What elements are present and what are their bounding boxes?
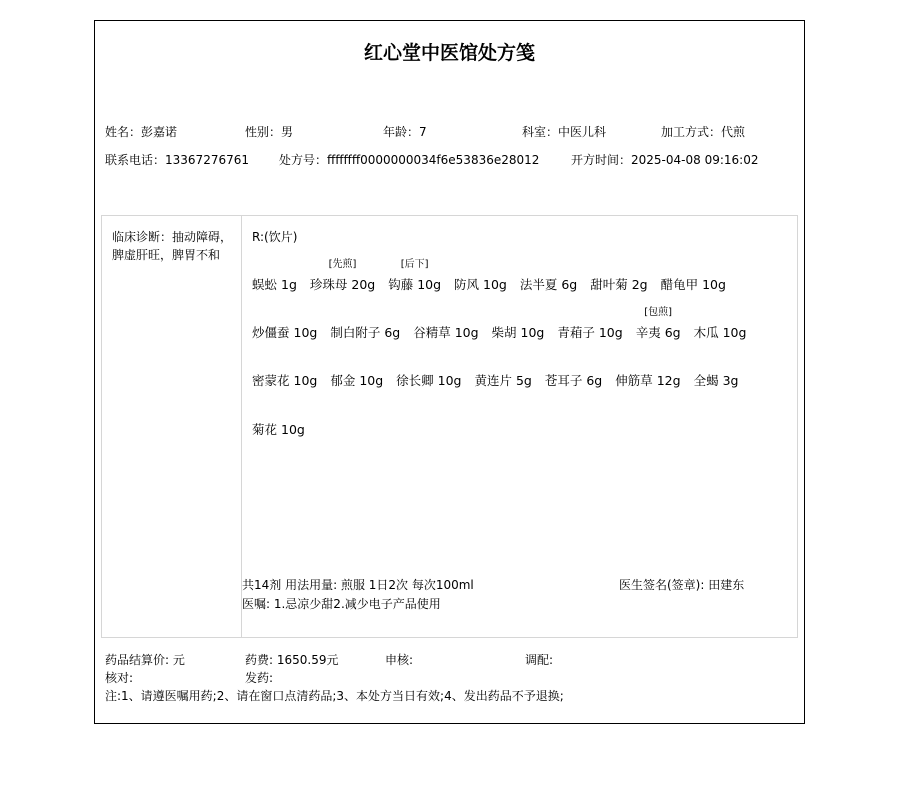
usage-dosage: 共14剂 用法用量: 煎服 1日2次 每次100ml: [242, 576, 474, 593]
issue-drug: 发药:: [245, 669, 273, 686]
herb-dose: 1g: [281, 277, 297, 292]
settle-price: 药品结算价: 元: [105, 651, 185, 668]
page-title: 红心堂中医馆处方笺: [95, 38, 804, 65]
herb-name: 珍珠母: [310, 277, 348, 292]
herb-name: 苍耳子: [545, 373, 583, 388]
patient-dept: 科室：中医儿科: [522, 123, 606, 140]
patient-phone: 联系电话：13367276761: [105, 151, 249, 168]
herb-dose: 10g: [417, 277, 441, 292]
diagnosis: 临床诊断：抽动障碍，脾虚肝旺，脾胃不和: [112, 228, 234, 264]
herb-item: 蜈蚣 1g: [252, 275, 297, 293]
herb-dose: 10g: [294, 325, 318, 340]
herb-item: [先煎]珍珠母 20g: [310, 275, 375, 293]
dept-label: 科室：: [522, 125, 558, 139]
diagnosis-column: 临床诊断：抽动障碍，脾虚肝旺，脾胃不和: [102, 216, 242, 637]
rx-column: R:(饮片) 蜈蚣 1g [先煎]珍珠母 20g [后下]钩藤 10g 防风 1…: [242, 216, 797, 637]
footer-notes: 注:1、请遵医嘱用药;2、请在窗口点清药品;3、本处方当日有效;4、发出药品不予…: [105, 687, 564, 704]
process-method: 加工方式：代煎: [661, 123, 745, 140]
herb-note: [先煎]: [329, 255, 357, 270]
herb-dose: 6g: [665, 325, 681, 340]
herb-name: 辛夷: [636, 325, 661, 340]
herb-name: 密蒙花: [252, 373, 290, 388]
herb-item: 甜叶菊 2g: [590, 275, 647, 293]
herb-line: 密蒙花 10g 郁金 10g 徐长卿 10g 黄连片 5g 苍耳子 6g 伸筋草…: [252, 371, 747, 389]
herb-dose: 10g: [294, 373, 318, 388]
herb-dose: 6g: [561, 277, 577, 292]
patient-age: 年龄：7: [383, 123, 427, 140]
herb-name: 木瓜: [694, 325, 719, 340]
patient-gender: 性别：男: [245, 123, 293, 140]
herb-dose: 5g: [516, 373, 532, 388]
age-value: 7: [419, 125, 427, 139]
herb-item: 郁金 10g: [330, 371, 383, 389]
rx-number-label: 处方号：: [279, 153, 327, 167]
herb-dose: 10g: [702, 277, 726, 292]
herb-item: 木瓜 10g: [694, 323, 747, 341]
herb-name: 青葙子: [557, 325, 595, 340]
herb-item: 青葙子 10g: [557, 323, 622, 341]
herb-item: 菊花 10g: [252, 420, 305, 438]
phone-label: 联系电话：: [105, 153, 165, 167]
review: 申核:: [385, 651, 413, 668]
phone-value: 13367276761: [165, 153, 249, 167]
herb-dose: 10g: [599, 325, 623, 340]
herb-name: 制白附子: [330, 325, 380, 340]
herb-dose: 12g: [657, 373, 681, 388]
herb-dose: 3g: [723, 373, 739, 388]
process-value: 代煎: [721, 125, 745, 139]
herb-note: [包煎]: [644, 303, 672, 318]
herb-item: 密蒙花 10g: [252, 371, 317, 389]
herb-name: 法半夏: [520, 277, 558, 292]
herb-dose: 2g: [632, 277, 648, 292]
process-label: 加工方式：: [661, 125, 721, 139]
herb-line: 菊花 10g: [252, 420, 314, 438]
rx-time-label: 开方时间：: [571, 153, 631, 167]
herb-item: 伸筋草 12g: [615, 371, 680, 389]
doctor-name: 田建东: [708, 578, 744, 592]
rx-label: R:(饮片): [252, 228, 297, 245]
herb-name: 防风: [454, 277, 479, 292]
herb-item: 全蝎 3g: [694, 371, 739, 389]
rx-number: 处方号：ffffffff0000000034f6e53836e28012: [279, 151, 539, 168]
herb-dose: 20g: [351, 277, 375, 292]
drug-fee: 药费: 1650.59元: [245, 651, 338, 668]
name-value: 彭嘉诺: [141, 125, 177, 139]
herb-item: 法半夏 6g: [520, 275, 577, 293]
rx-number-value: ffffffff0000000034f6e53836e28012: [327, 153, 539, 167]
herb-dose: 10g: [483, 277, 507, 292]
herb-name: 甜叶菊: [590, 277, 628, 292]
herb-line: 炒僵蚕 10g 制白附子 6g 谷精草 10g 柴胡 10g 青葙子 10g […: [252, 323, 755, 341]
herb-line: 蜈蚣 1g [先煎]珍珠母 20g [后下]钩藤 10g 防风 10g 法半夏 …: [252, 275, 735, 293]
prescription-sheet: 红心堂中医馆处方笺 姓名：彭嘉诺 性别：男 年龄：7 科室：中医儿科 加工方式：…: [94, 20, 805, 724]
herb-name: 炒僵蚕: [252, 325, 290, 340]
herb-item: 苍耳子 6g: [545, 371, 602, 389]
herb-item: 防风 10g: [454, 275, 507, 293]
age-label: 年龄：: [383, 125, 419, 139]
herb-item: 黄连片 5g: [474, 371, 531, 389]
doctor-advice: 医嘱: 1.忌凉少甜2.减少电子产品使用: [242, 595, 441, 612]
herb-dose: 10g: [455, 325, 479, 340]
herb-item: 柴胡 10g: [492, 323, 545, 341]
herb-name: 伸筋草: [615, 373, 653, 388]
herb-item: [包煎]辛夷 6g: [636, 323, 681, 341]
herb-note: [后下]: [401, 255, 429, 270]
dispense-mix: 调配:: [525, 651, 553, 668]
patient-name: 姓名：彭嘉诺: [105, 123, 177, 140]
name-label: 姓名：: [105, 125, 141, 139]
herb-name: 黄连片: [474, 373, 512, 388]
herb-item: 谷精草 10g: [413, 323, 478, 341]
herb-name: 醋龟甲: [661, 277, 699, 292]
doctor-signature: 医生签名(签章): 田建东: [619, 576, 744, 593]
herb-dose: 10g: [359, 373, 383, 388]
herb-item: 徐长卿 10g: [396, 371, 461, 389]
doctor-signature-label: 医生签名(签章):: [619, 578, 708, 592]
herb-dose: 10g: [521, 325, 545, 340]
herb-dose: 10g: [281, 422, 305, 437]
check: 核对:: [105, 669, 133, 686]
herb-dose: 10g: [438, 373, 462, 388]
rx-time-value: 2025-04-08 09:16:02: [631, 153, 758, 167]
herb-name: 全蝎: [694, 373, 719, 388]
rx-time: 开方时间：2025-04-08 09:16:02: [571, 151, 758, 168]
prescription-box: 临床诊断：抽动障碍，脾虚肝旺，脾胃不和 R:(饮片) 蜈蚣 1g [先煎]珍珠母…: [101, 215, 798, 638]
herb-dose: 6g: [586, 373, 602, 388]
herb-name: 郁金: [330, 373, 355, 388]
dept-value: 中医儿科: [558, 125, 606, 139]
herb-item: [后下]钩藤 10g: [388, 275, 441, 293]
herb-item: 制白附子 6g: [330, 323, 400, 341]
herb-item: 炒僵蚕 10g: [252, 323, 317, 341]
gender-value: 男: [281, 125, 293, 139]
herb-name: 徐长卿: [396, 373, 434, 388]
herb-name: 蜈蚣: [252, 277, 277, 292]
herb-name: 菊花: [252, 422, 277, 437]
gender-label: 性别：: [245, 125, 281, 139]
herb-item: 醋龟甲 10g: [661, 275, 726, 293]
herb-dose: 6g: [384, 325, 400, 340]
herb-name: 柴胡: [492, 325, 517, 340]
herb-name: 钩藤: [388, 277, 413, 292]
diagnosis-label: 临床诊断：: [112, 230, 172, 244]
herb-name: 谷精草: [413, 325, 451, 340]
herb-dose: 10g: [723, 325, 747, 340]
